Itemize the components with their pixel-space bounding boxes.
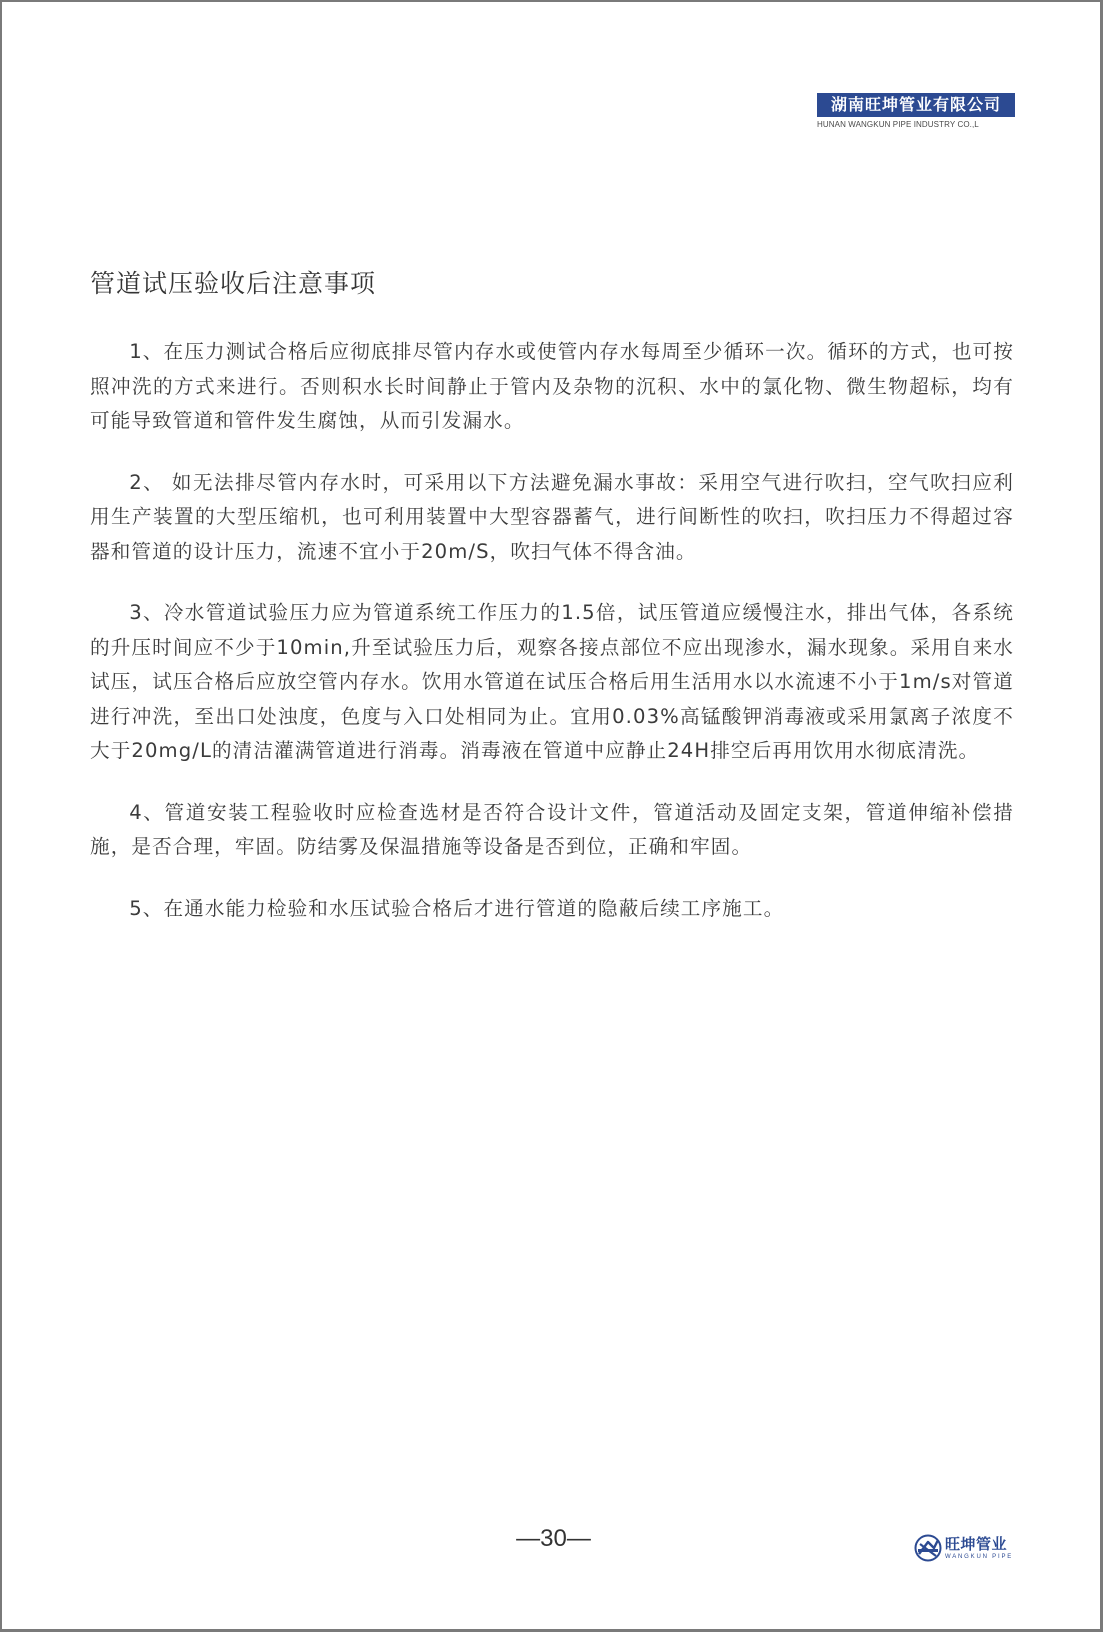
paragraph-5: 5、在通水能力检验和水压试验合格后才进行管道的隐蔽后续工序施工。	[90, 892, 1014, 927]
footer-logo: 旺坤管业 WANGKUN PIPE	[914, 1534, 1013, 1562]
paragraph-1: 1、在压力测试合格后应彻底排尽管内存水或使管内存水每周至少循环一次。循环的方式，…	[90, 335, 1014, 439]
logo-text: 旺坤管业 WANGKUN PIPE	[945, 1537, 1013, 1560]
document-page: 湖南旺坤管业有限公司 HUNAN WANGKUN PIPE INDUSTRY C…	[0, 0, 1103, 1632]
company-header: 湖南旺坤管业有限公司 HUNAN WANGKUN PIPE INDUSTRY C…	[817, 93, 1015, 129]
content-body: 1、在压力测试合格后应彻底排尽管内存水或使管内存水每周至少循环一次。循环的方式，…	[90, 335, 1014, 953]
paragraph-3: 3、冷水管道试验压力应为管道系统工作压力的1.5倍，试压管道应缓慢注水，排出气体…	[90, 596, 1014, 769]
page-title: 管道试压验收后注意事项	[90, 264, 376, 300]
company-name-en: HUNAN WANGKUN PIPE INDUSTRY CO.,L	[817, 120, 1015, 129]
wangkun-logo-icon	[914, 1534, 942, 1562]
paragraph-2: 2、 如无法排尽管内存水时，可采用以下方法避免漏水事故：采用空气进行吹扫，空气吹…	[90, 466, 1014, 570]
logo-name-en: WANGKUN PIPE	[945, 1554, 1013, 1560]
paragraph-4: 4、管道安装工程验收时应检查选材是否符合设计文件，管道活动及固定支架，管道伸缩补…	[90, 796, 1014, 865]
company-name-cn: 湖南旺坤管业有限公司	[817, 93, 1015, 117]
logo-name-cn: 旺坤管业	[945, 1537, 1013, 1552]
